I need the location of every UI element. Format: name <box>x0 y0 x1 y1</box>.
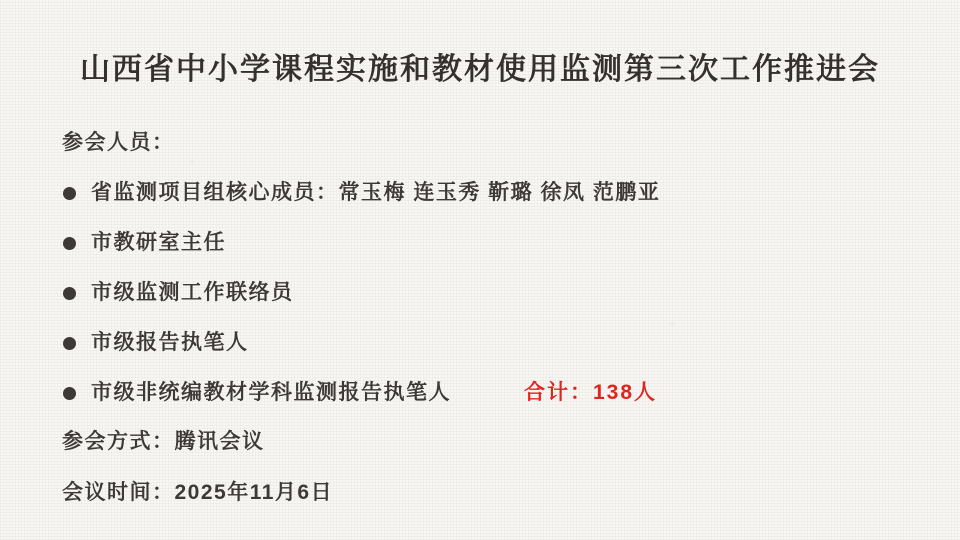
bullet-text: 市级监测工作联络员 <box>91 280 294 306</box>
bullet-item-liaisons: 市级监测工作联络员 <box>63 280 294 306</box>
bullet-text: 市教研室主任 <box>91 230 226 256</box>
slide: 山西省中小学课程实施和教材使用监测第三次工作推进会 参会人员： 省监测项目组核心… <box>0 0 960 540</box>
bullet-dot-icon <box>63 287 76 300</box>
slide-title: 山西省中小学课程实施和教材使用监测第三次工作推进会 <box>0 44 960 88</box>
bullet-dot-icon <box>63 387 76 400</box>
bullet-dot-icon <box>63 237 76 250</box>
bullet-dot-icon <box>63 187 76 200</box>
meeting-time: 会议时间：2025年11月6日 <box>62 480 333 506</box>
bullet-item-core-members: 省监测项目组核心成员：常玉梅 连玉秀 靳璐 徐凤 范鹏亚 <box>63 180 660 206</box>
attendees-label: 参会人员： <box>62 130 175 156</box>
bullet-text: 省监测项目组核心成员：常玉梅 连玉秀 靳璐 徐凤 范鹏亚 <box>91 180 660 206</box>
meeting-method: 参会方式：腾讯会议 <box>62 429 265 455</box>
bullet-item-research-directors: 市教研室主任 <box>63 230 226 256</box>
bullet-text: 市级非统编教材学科监测报告执笔人 <box>91 380 451 406</box>
bullet-text: 市级报告执笔人 <box>91 330 249 356</box>
bullet-item-subject-report-writers: 市级非统编教材学科监测报告执笔人 <box>63 380 451 406</box>
bullet-item-report-writers: 市级报告执笔人 <box>63 330 249 356</box>
total-count: 合计：138人 <box>524 380 657 406</box>
bullet-dot-icon <box>63 337 76 350</box>
